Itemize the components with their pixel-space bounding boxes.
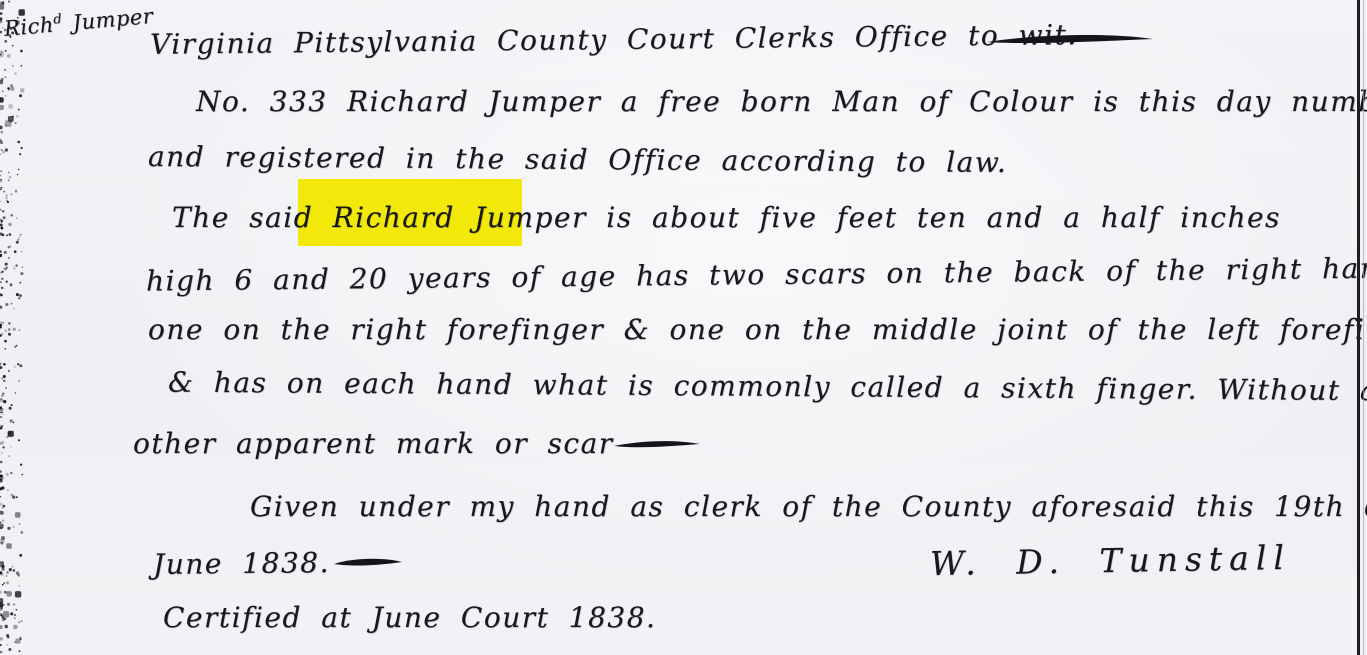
highlighted-name: Richard Jumper xyxy=(333,201,587,234)
clerk-signature: W. D. Tunstall xyxy=(930,537,1292,585)
description-line-2: high 6 and 20 years of age has two scars… xyxy=(146,250,1367,298)
description-suffix: is about five feet ten and a half inches xyxy=(606,201,1281,234)
margin-note-name: Rich xyxy=(3,13,55,41)
scan-noise-band xyxy=(0,0,24,655)
scan-noise-dots xyxy=(0,0,1,1)
page-edge-line xyxy=(1357,0,1360,655)
margin-note-surname: Jumper xyxy=(62,4,155,36)
certification-line: Certified at June Court 1838. xyxy=(163,600,656,635)
registration-line-2: and registered in the said Office accord… xyxy=(148,139,1008,180)
attestation-line-2: June 1838. xyxy=(153,545,330,582)
document-scan: Richd Jumper Virginia Pittsylvania Count… xyxy=(0,0,1367,655)
registration-line-1: No. 333 Richard Jumper a free born Man o… xyxy=(196,84,1367,119)
page-edge-line-faint xyxy=(1363,0,1364,655)
description-line-1: The said Richard Jumper is about five fe… xyxy=(172,200,1281,235)
ink-flourish-dash-date xyxy=(332,556,404,570)
ink-flourish-dash-header xyxy=(985,32,1155,48)
margin-note: Richd Jumper xyxy=(3,3,154,42)
description-prefix: The said xyxy=(172,201,313,234)
attestation-line-1: Given under my hand as clerk of the Coun… xyxy=(250,489,1367,524)
description-line-4: & has on each hand what is commonly call… xyxy=(168,365,1367,409)
ink-flourish-dash-scar xyxy=(612,438,702,452)
header-line: Virginia Pittsylvania County Court Clerk… xyxy=(150,17,1078,62)
description-line-3: one on the right forefinger & one on the… xyxy=(148,312,1367,347)
description-line-5: other apparent mark or scar xyxy=(133,426,614,461)
